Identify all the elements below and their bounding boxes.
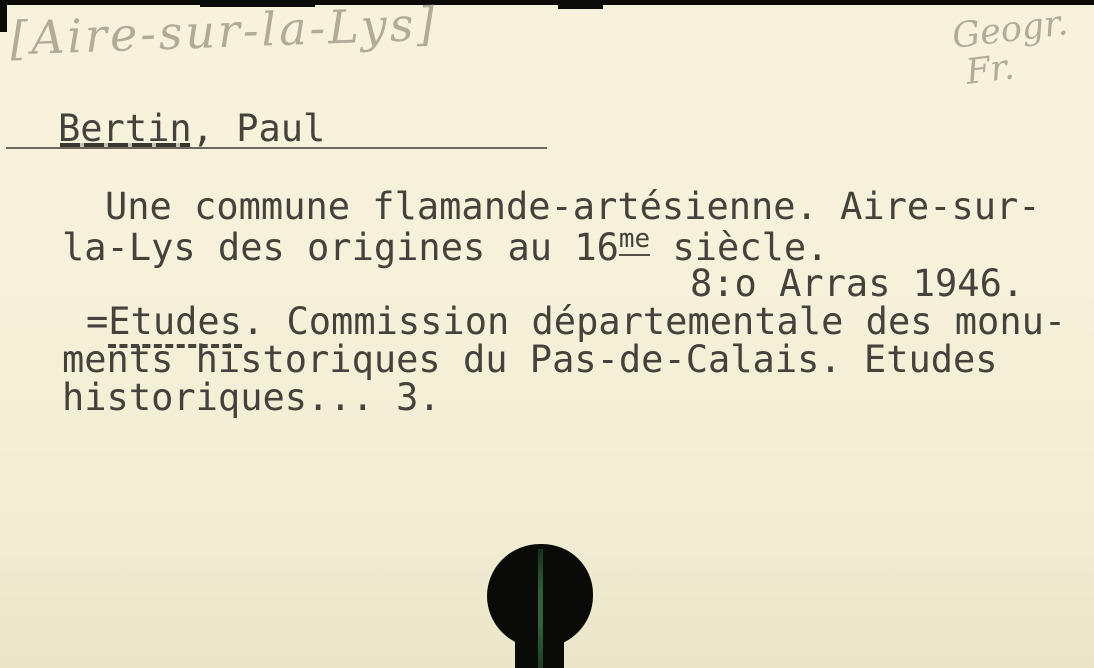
title-line-1: Une commune flamande-artésienne. Aire-su… — [105, 188, 1041, 225]
catalog-card: [Aire-sur-la-Lys] Geogr. Fr. Bertin, Pau… — [0, 0, 1094, 668]
ordinal-superscript: me — [619, 224, 650, 256]
scan-edge-mark — [558, 0, 603, 9]
heading-rule-line — [6, 147, 547, 149]
handwritten-subject-heading: [Aire-sur-la-Lys] — [9, 0, 438, 65]
title-line-2-text: la-Lys des origines au 16 — [62, 226, 619, 269]
imprint-line: 8:o Arras 1946. — [690, 265, 1024, 302]
series-line-1: =Etudes. Commission départementale des m… — [86, 303, 1066, 340]
scan-corner-mark — [0, 0, 7, 32]
series-line-3: historiques... 3. — [62, 379, 441, 416]
handwritten-classification-line2: Fr. — [964, 47, 1017, 93]
green-thread-line — [538, 549, 543, 668]
scan-top-edge — [0, 0, 1094, 5]
author-name: Bertin, Paul — [58, 110, 325, 147]
series-equals-sign: = — [86, 300, 108, 343]
series-line-2: ments historiques du Pas-de-Calais. Etud… — [62, 341, 998, 378]
title-line-2: la-Lys des origines au 16me siècle. — [62, 226, 828, 266]
series-line-1-rest: . Commission départementale des monu- — [242, 300, 1066, 343]
